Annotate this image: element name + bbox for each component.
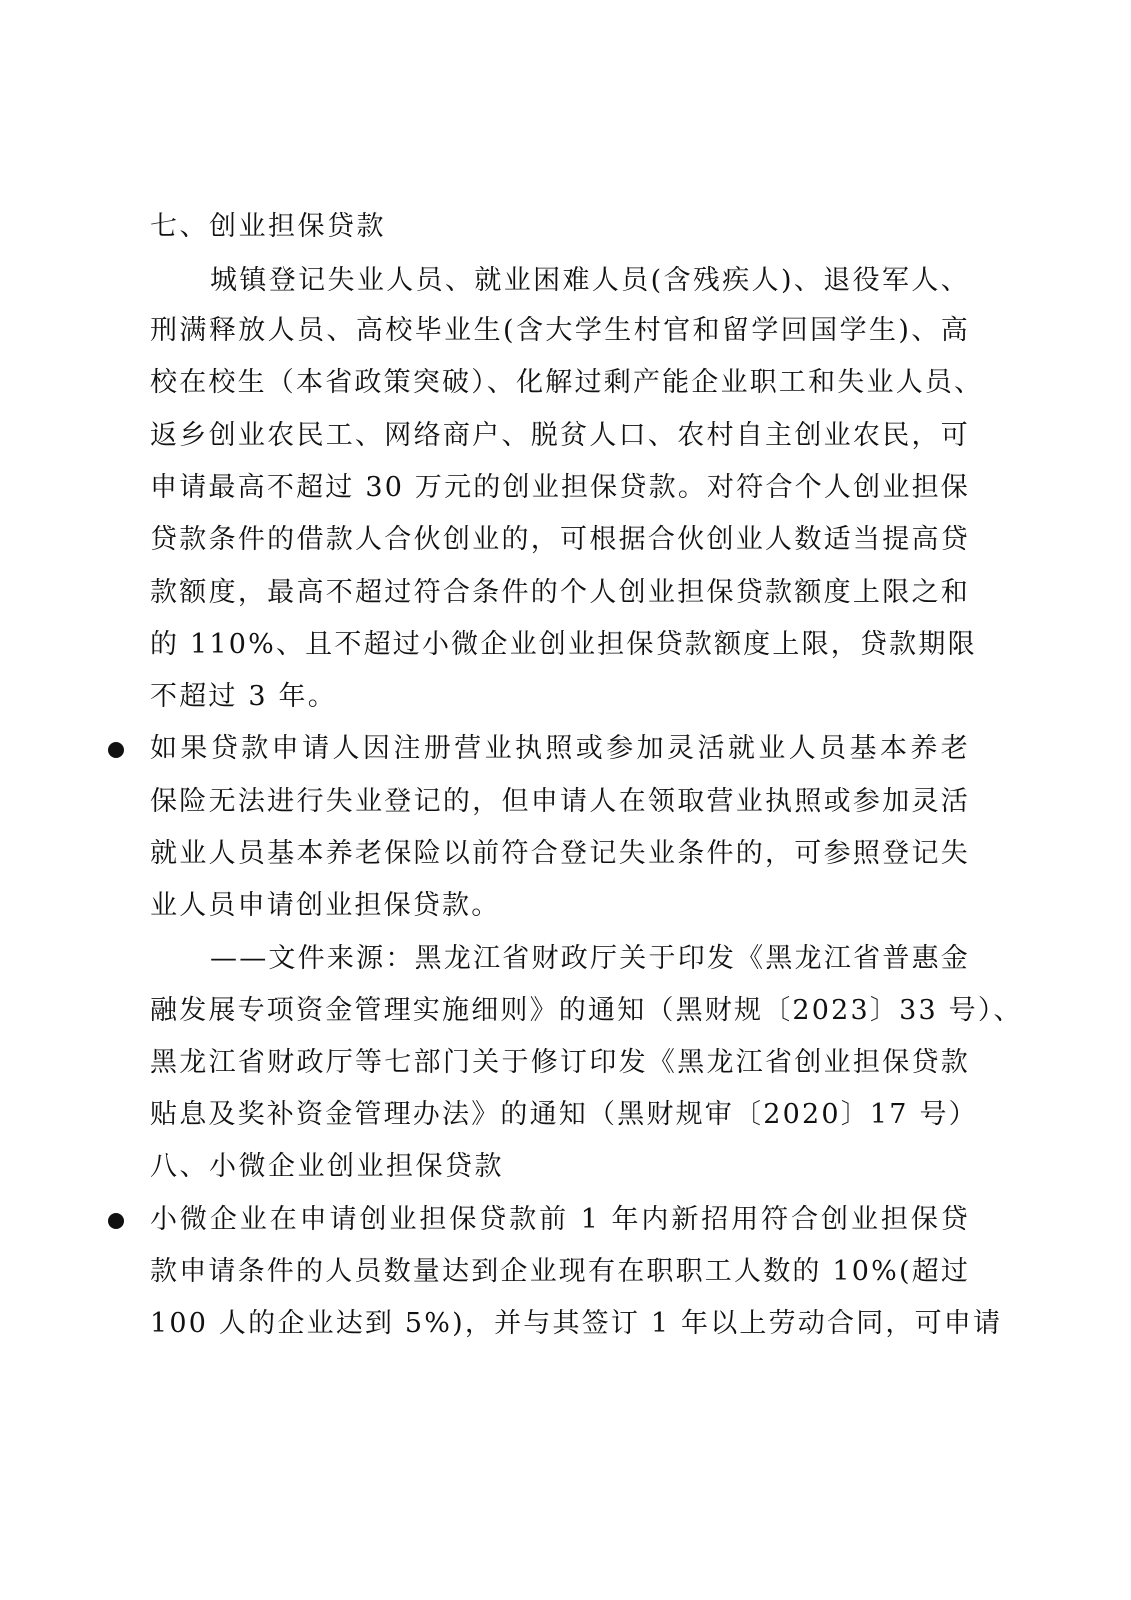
- paragraph-line: 贷款条件的借款人合伙创业的，可根据合伙创业人数适当提高贷: [150, 520, 970, 560]
- paragraph-line: 返乡创业农民工、网络商户、脱贫人口、农村自主创业农民，可: [150, 416, 970, 456]
- paragraph-line: 申请最高不超过 30 万元的创业担保贷款。对符合个人创业担保: [150, 468, 970, 508]
- section-heading-7: 七、创业担保贷款: [150, 207, 970, 247]
- paragraph-line: 城镇登记失业人员、就业困难人员(含残疾人)、退役军人、: [210, 261, 970, 301]
- bullet-line: 如果贷款申请人因注册营业执照或参加灵活就业人员基本养老: [150, 729, 970, 769]
- section-heading-8: 八、小微企业创业担保贷款: [150, 1147, 970, 1187]
- source-line: 黑龙江省财政厅等七部门关于修订印发《黑龙江省创业担保贷款: [150, 1043, 970, 1083]
- bullet-line: 100 人的企业达到 5%)，并与其签订 1 年以上劳动合同，可申请: [150, 1304, 970, 1344]
- bullet-line: 保险无法进行失业登记的，但申请人在领取营业执照或参加灵活: [150, 782, 970, 822]
- bullet-line: 小微企业在申请创业担保贷款前 1 年内新招用符合创业担保贷: [150, 1200, 970, 1240]
- source-line: ——文件来源：黑龙江省财政厅关于印发《黑龙江省普惠金: [210, 939, 970, 979]
- paragraph-line: 不超过 3 年。: [150, 677, 970, 717]
- bullet-line: 就业人员基本养老保险以前符合登记失业条件的，可参照登记失: [150, 834, 970, 874]
- source-line: 融发展专项资金管理实施细则》的通知（黑财规〔2023〕33 号）、: [150, 991, 970, 1031]
- bullet-icon: [108, 742, 124, 758]
- paragraph-line: 刑满释放人员、高校毕业生(含大学生村官和留学回国学生)、高: [150, 311, 970, 351]
- source-line: 贴息及奖补资金管理办法》的通知（黑财规审〔2020〕17 号）: [150, 1095, 970, 1135]
- bullet-icon: [108, 1213, 124, 1229]
- paragraph-line: 校在校生（本省政策突破）、化解过剩产能企业职工和失业人员、: [150, 363, 970, 403]
- paragraph-line: 款额度，最高不超过符合条件的个人创业担保贷款额度上限之和: [150, 573, 970, 613]
- bullet-line: 款申请条件的人员数量达到企业现有在职职工人数的 10%(超过: [150, 1252, 970, 1292]
- paragraph-line: 的 110%、且不超过小微企业创业担保贷款额度上限，贷款期限: [150, 625, 970, 665]
- bullet-line: 业人员申请创业担保贷款。: [150, 886, 970, 926]
